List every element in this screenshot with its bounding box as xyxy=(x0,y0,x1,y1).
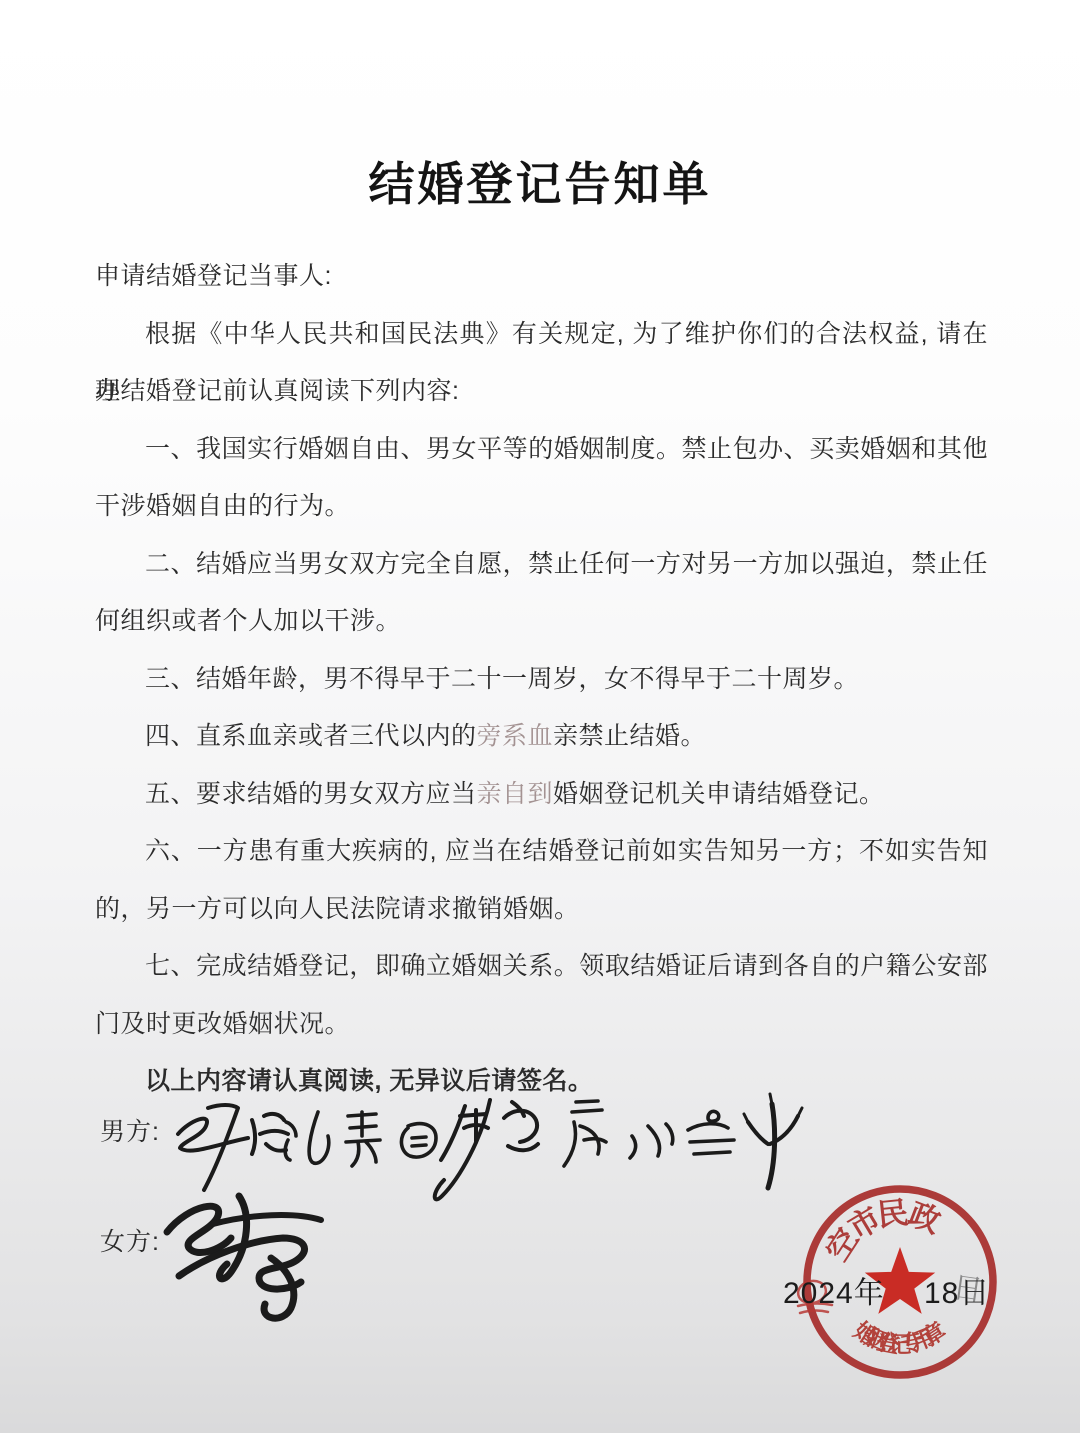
doc-line-item6a: 六、一方患有重大疾病的, 应当在结婚登记前如实告知另一方；不如实告知 xyxy=(95,823,988,881)
female-signature-handwriting xyxy=(155,1180,335,1340)
doc-line-intro2: 理结婚登记前认真阅读下列内容: xyxy=(95,363,988,421)
item5-post: 婚姻登记机关申请结婚登记。 xyxy=(553,780,885,808)
stamp-top-arc-text: 空 市 民 政 xyxy=(819,1195,945,1267)
signature-female-liu xyxy=(167,1196,321,1318)
doc-line-item2a: 二、结婚应当男女双方完全自愿，禁止任何一方对另一方加以强迫，禁止任 xyxy=(95,536,988,594)
doc-line-item6b: 的，另一方可以向人民法院请求撤销婚姻。 xyxy=(95,881,988,939)
signature-3-qiyu xyxy=(435,1100,538,1199)
doc-line-intro1: 根据《中华人民共和国民法典》有关规定, 为了维护你们的合法权益, 请在办 xyxy=(95,306,988,364)
item5-pre: 五、要求结婚的男女双方应当 xyxy=(145,780,477,808)
doc-line-item2b: 何组织或者个人加以干涉。 xyxy=(95,593,988,651)
item4-faint-text: 旁系血 xyxy=(477,722,554,750)
item4-post: 亲禁止结婚。 xyxy=(553,722,706,750)
doc-line-item4: 四、直系血亲或者三代以内的旁系血亲禁止结婚。 xyxy=(95,708,988,766)
male-party-label: 男方: xyxy=(100,1112,160,1148)
signature-4-xiayizhou xyxy=(564,1101,734,1166)
stamp-arc-char: 政 xyxy=(904,1196,945,1240)
document-page: 结婚登记告知单 申请结婚登记当事人: 根据《中华人民共和国民法典》有关规定, 为… xyxy=(0,0,1080,1433)
item4-pre: 四、直系血亲或者三代以内的 xyxy=(145,722,477,750)
female-party-label: 女方: xyxy=(100,1222,160,1258)
document-body: 申请结婚登记当事人: 根据《中华人民共和国民法典》有关规定, 为了维护你们的合法… xyxy=(95,248,988,1111)
doc-line-item7a: 七、完成结婚登记，即确立婚姻关系。领取结婚证后请到各自的户籍公安部 xyxy=(95,938,988,996)
signature-2-shenxinghui xyxy=(285,1112,436,1166)
item5-faint-text: 亲自到 xyxy=(477,780,554,808)
doc-line-item1b: 干涉婚姻自由的行为。 xyxy=(95,478,988,536)
stamp-bottom-arc-text: 婚 姻 登 记 专 用 章 xyxy=(849,1316,951,1358)
doc-line-item5: 五、要求结婚的男女双方应当亲自到婚姻登记机关申请结婚登记。 xyxy=(95,766,988,824)
page-title: 结婚登记告知单 xyxy=(0,148,1080,214)
stamp-date-year: 2024年 xyxy=(783,1268,885,1312)
doc-line-item7b: 门及时更改婚姻状况。 xyxy=(95,996,988,1054)
signature-1-lishen xyxy=(178,1105,288,1190)
stamp-date-smudge: 日 xyxy=(950,1262,987,1310)
doc-line-salutation: 申请结婚登记当事人: xyxy=(95,248,988,306)
doc-line-item3: 三、结婚年龄，男不得早于二十一周岁，女不得早于二十周岁。 xyxy=(95,651,988,709)
doc-line-item1a: 一、我国实行婚姻自由、男女平等的婚姻制度。禁止包办、买卖婚姻和其他 xyxy=(95,421,988,479)
